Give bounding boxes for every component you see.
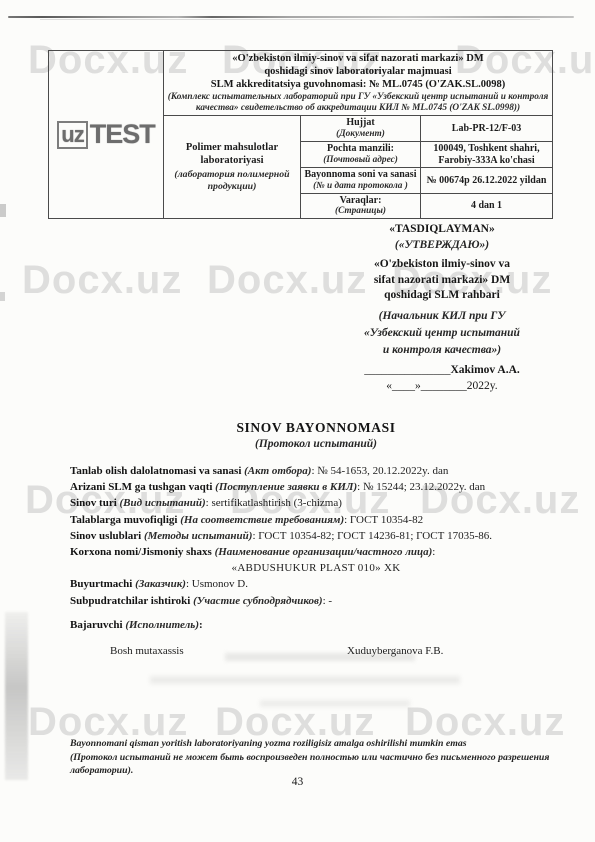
scan-artifact-speck [0, 204, 6, 217]
scan-artifact-speck [0, 292, 5, 301]
field-value: : № 54-1653, 20.12.2022y. dan [311, 465, 448, 477]
scan-artifact-left-smudge [5, 612, 28, 780]
field-value: : № 15244; 23.12.2022y. dan [357, 481, 485, 493]
protocol-body: SINOV BAYONNOMASI (Протокол испытаний) T… [70, 420, 562, 661]
pages-label-ru: (Страницы) [303, 206, 418, 217]
footnote-ru: (Протокол испытаний не может быть воспро… [70, 751, 564, 778]
laboratory-name-ru: (лаборатория полимерной продукции) [166, 169, 298, 193]
approver-name: Xakimov A.A. [450, 364, 519, 376]
approver-org-line-3: qoshidagi SLM rahbari [316, 288, 568, 304]
field-label-uz: Tanlab olish dalolatnomasi va sanasi [70, 465, 241, 477]
org-header-cell: «O'zbekiston ilmiy-sinov va sifat nazora… [164, 51, 553, 116]
executor-label-uz: Bajaruvchi [70, 619, 123, 631]
field-label-uz: Sinov uslublari [70, 530, 141, 542]
approver-org-russian-2: «Узбекский центр испытаний [316, 325, 568, 342]
field-label-uz: Arizani SLM ga tushgan vaqti [70, 481, 212, 493]
watermark-text: Docx.uz [22, 258, 182, 303]
field-requirements: Talablarga muvofiqligi (На соответствие … [70, 512, 562, 528]
uztest-logo: uz TEST [51, 119, 161, 150]
approval-heading-uz: «TASDIQLAYMAN» [316, 222, 568, 238]
address-label-uz: Pochta manzili: [303, 143, 418, 155]
field-label-ru: (Наименование организации/частного лица) [215, 546, 433, 558]
field-label-ru: (Участие субподрядчиков) [193, 595, 323, 607]
document-title: SINOV BAYONNOMASI [70, 420, 562, 436]
field-organization-name: Korxona nomi/Jismoniy shaxs (Наименовани… [70, 544, 562, 560]
field-label-uz: Korxona nomi/Jismoniy shaxs [70, 546, 212, 558]
uztest-logo-uz: uz [57, 121, 87, 149]
pages-label-cell: Varaqlar: (Страницы) [301, 193, 421, 219]
document-label-cell: Hujjat (Документ) [301, 116, 421, 142]
field-label-ru: (Вид испытаний) [120, 497, 206, 509]
field-subcontractors: Subpudratchilar ishtiroki (Участие субпо… [70, 593, 562, 609]
field-customer: Buyurtmachi (Заказчик): Usmonov D. [70, 576, 562, 592]
field-test-methods: Sinov uslublari (Методы испытаний): ГОСТ… [70, 528, 562, 544]
laboratory-name-uz: Polimer mahsulotlar laboratoriyasi [166, 141, 298, 167]
field-label-ru: (Акт отбора) [244, 465, 311, 477]
protocol-fields: Tanlab olish dalolatnomasi va sanasi (Ак… [70, 463, 562, 661]
scan-artifact-top-line-faint [40, 19, 540, 20]
field-test-type: Sinov turi (Вид испытаний): sertifikatla… [70, 495, 562, 511]
field-value: : ГОСТ 10354-82 [344, 514, 423, 526]
approver-org-russian-3: и контроля качества») [316, 342, 568, 359]
field-label-ru: (Поступление заявки в КИЛ) [215, 481, 357, 493]
header-table: uz TEST «O'zbekiston ilmiy-sinov va sifa… [48, 50, 553, 219]
scan-artifact-bleedthrough [150, 676, 460, 684]
scan-artifact-top-line [8, 16, 574, 18]
document-label-ru: (Документ) [303, 129, 418, 140]
executor-role: Bosh mutaxassis [110, 645, 184, 657]
approver-org-russian-1: (Начальник КИЛ при ГУ [316, 308, 568, 325]
org-name-russian: (Комплекс испытательных лабораторий при … [166, 92, 550, 114]
company-name-line: «ABDUSHUKUR PLAST 010» XK [70, 560, 562, 576]
approver-org-line-2: sifat nazorati markazi» DM [316, 273, 568, 289]
org-name-line-2: qoshidagi sinov laboratoriyalar majmuasi [166, 65, 550, 78]
field-value: : sertifikatlashtirish (3-chizma) [206, 497, 342, 509]
address-label-cell: Pochta manzili: (Почтовый адрес) [301, 142, 421, 168]
protocol-number-label-cell: Bayonnoma soni va sanasi (№ и дата прото… [301, 168, 421, 194]
scanned-document-page: Docx.uz Docx.uz Docx.uz Docx.uz Docx.uz … [0, 0, 595, 842]
field-label-ru: (Методы испытаний) [144, 530, 252, 542]
scan-artifact-bleedthrough [260, 700, 410, 707]
approval-heading-ru: («УТВЕРЖДАЮ») [316, 238, 568, 254]
approver-org-line-1: «O'zbekiston ilmiy-sinov va [316, 257, 568, 273]
page-number: 43 [0, 776, 595, 788]
protocol-number-label-ru: (№ и дата протокола ) [303, 181, 418, 192]
field-sampling-act: Tanlab olish dalolatnomasi va sanasi (Ак… [70, 463, 562, 479]
field-value: : Usmonov D. [186, 578, 248, 590]
field-value: : - [323, 595, 332, 607]
field-value: : [432, 546, 435, 558]
document-code-cell: Lab-PR-12/F-03 [421, 116, 553, 142]
address-value-cell: 100049, Toshkent shahri, Farobiy-333A ko… [421, 142, 553, 168]
org-accreditation-line: SLM akkreditatsiya guvohnomasi: № ML.074… [166, 78, 550, 91]
field-label-uz: Subpudratchilar ishtiroki [70, 595, 190, 607]
pages-label-uz: Varaqlar: [303, 195, 418, 207]
document-subtitle: (Протокол испытаний) [70, 438, 562, 450]
executor-colon: : [199, 619, 203, 631]
laboratory-name-cell: Polimer mahsulotlar laboratoriyasi (лабо… [164, 116, 301, 219]
executor-name: Xuduyberganova F.B. [347, 645, 443, 657]
field-executor: Bajaruvchi (Исполнитель): [70, 617, 562, 633]
field-application-received: Arizani SLM ga tushgan vaqti (Поступлени… [70, 479, 562, 495]
approval-date-line: «____»________2022y. [316, 379, 568, 395]
document-label-uz: Hujjat [303, 117, 418, 129]
pages-value-cell: 4 dan 1 [421, 193, 553, 219]
field-value: : ГОСТ 10354-82; ГОСТ 14236-81; ГОСТ 170… [252, 530, 492, 542]
address-label-ru: (Почтовый адрес) [303, 155, 418, 166]
signature-blank: _______________ [364, 364, 450, 376]
executor-signature-row: Bosh mutaxassis Xuduyberganova F.B. [70, 645, 562, 661]
org-name-line-1: «O'zbekiston ilmiy-sinov va sifat nazora… [166, 52, 550, 65]
field-label-ru: (На соответствие требованиям) [180, 514, 344, 526]
field-label-uz: Talablarga muvofiqligi [70, 514, 177, 526]
footnote: Bayonnomani qisman yoritish laboratoriya… [70, 737, 564, 778]
footnote-uz: Bayonnomani qisman yoritish laboratoriya… [70, 737, 564, 751]
protocol-number-label-uz: Bayonnoma soni va sanasi [303, 169, 418, 181]
field-label-uz: Sinov turi [70, 497, 117, 509]
executor-label-ru: (Исполнитель) [125, 619, 199, 631]
protocol-number-value-cell: № 00674р 26.12.2022 yildan [421, 168, 553, 194]
field-label-uz: Buyurtmachi [70, 578, 132, 590]
field-label-ru: (Заказчик) [135, 578, 186, 590]
logo-cell: uz TEST [49, 51, 164, 219]
approver-signature-line: _______________Xakimov A.A. [316, 363, 568, 379]
approval-block: «TASDIQLAYMAN» («УТВЕРЖДАЮ») «O'zbekisto… [316, 222, 568, 395]
uztest-logo-test: TEST [90, 119, 155, 150]
